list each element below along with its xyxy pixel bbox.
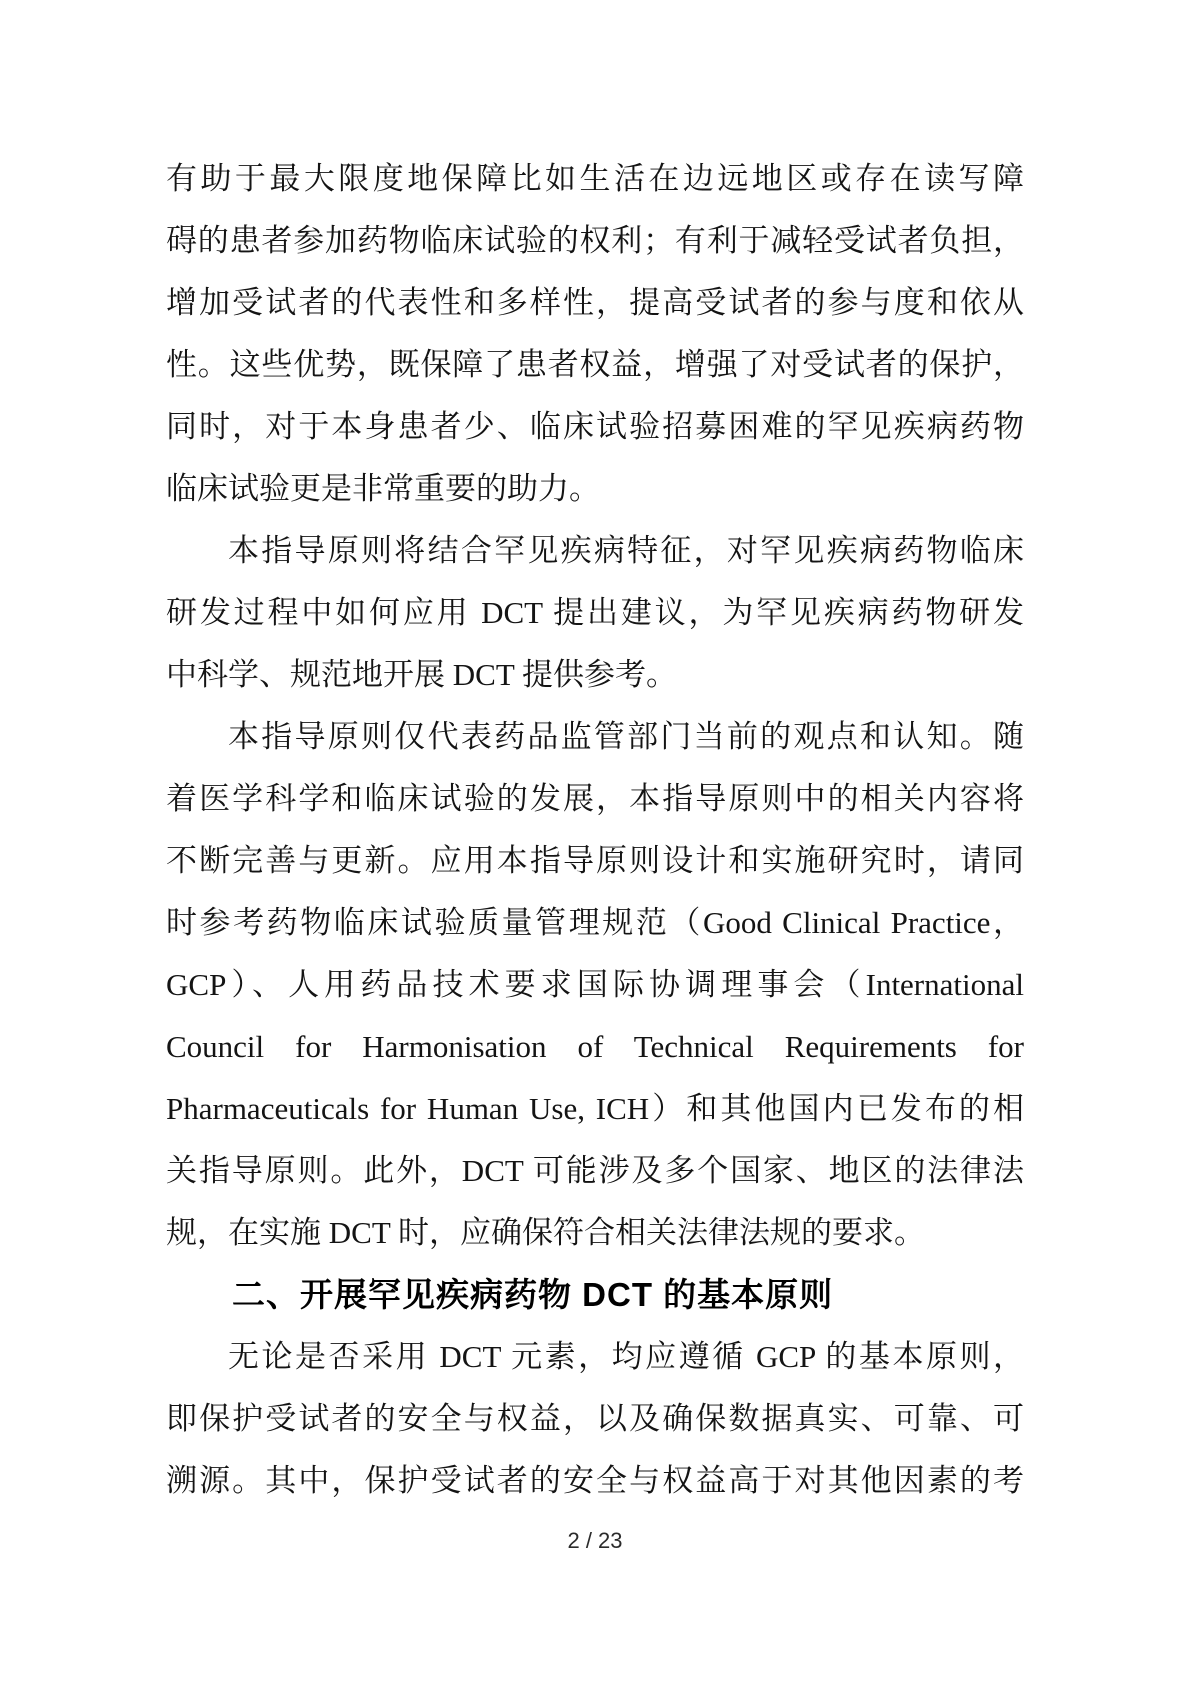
body-text-line: 时参考药物临床试验质量管理规范（Good Clinical Practice，: [166, 892, 1024, 954]
body-text-line: 有助于最大限度地保障比如生活在边远地区或存在读写障: [166, 148, 1024, 210]
body-text-line: GCP）、人用药品技术要求国际协调理事会（International: [166, 954, 1024, 1016]
body-text-line: 着医学科学和临床试验的发展，本指导原则中的相关内容将: [166, 768, 1024, 830]
section-heading: 二、开展罕见疾病药物 DCT 的基本原则: [166, 1264, 1024, 1326]
body-text-line: 临床试验更是非常重要的助力。: [166, 458, 1024, 520]
body-text-line: 关指导原则。此外，DCT 可能涉及多个国家、地区的法律法: [166, 1140, 1024, 1202]
body-text-line: 性。这些优势，既保障了患者权益，增强了对受试者的保护，: [166, 334, 1024, 396]
page-number: 2 / 23: [0, 1526, 1190, 1556]
body-text-line: 中科学、规范地开展 DCT 提供参考。: [166, 644, 1024, 706]
body-text-line: 溯源。其中，保护受试者的安全与权益高于对其他因素的考: [166, 1450, 1024, 1512]
body-text-line: 增加受试者的代表性和多样性，提高受试者的参与度和依从: [166, 272, 1024, 334]
body-text-line: 即保护受试者的安全与权益，以及确保数据真实、可靠、可: [166, 1388, 1024, 1450]
body-text-line: Council for Harmonisation of Technical R…: [166, 1016, 1024, 1078]
body-text-line: 本指导原则仅代表药品监管部门当前的观点和认知。随: [166, 706, 1024, 768]
body-text-line: 同时，对于本身患者少、临床试验招募困难的罕见疾病药物: [166, 396, 1024, 458]
body-text-line: 无论是否采用 DCT 元素，均应遵循 GCP 的基本原则，: [166, 1326, 1024, 1388]
body-text-line: 研发过程中如何应用 DCT 提出建议，为罕见疾病药物研发: [166, 582, 1024, 644]
body-text-line: 本指导原则将结合罕见疾病特征，对罕见疾病药物临床: [166, 520, 1024, 582]
body-text-line: 碍的患者参加药物临床试验的权利；有利于减轻受试者负担，: [166, 210, 1024, 272]
body-text-line: Pharmaceuticals for Human Use, ICH）和其他国内…: [166, 1078, 1024, 1140]
document-text-block: 有助于最大限度地保障比如生活在边远地区或存在读写障 碍的患者参加药物临床试验的权…: [166, 148, 1024, 1512]
document-page: 有助于最大限度地保障比如生活在边远地区或存在读写障 碍的患者参加药物临床试验的权…: [0, 0, 1190, 1683]
body-text-line: 规，在实施 DCT 时，应确保符合相关法律法规的要求。: [166, 1202, 1024, 1264]
body-text-line: 不断完善与更新。应用本指导原则设计和实施研究时，请同: [166, 830, 1024, 892]
